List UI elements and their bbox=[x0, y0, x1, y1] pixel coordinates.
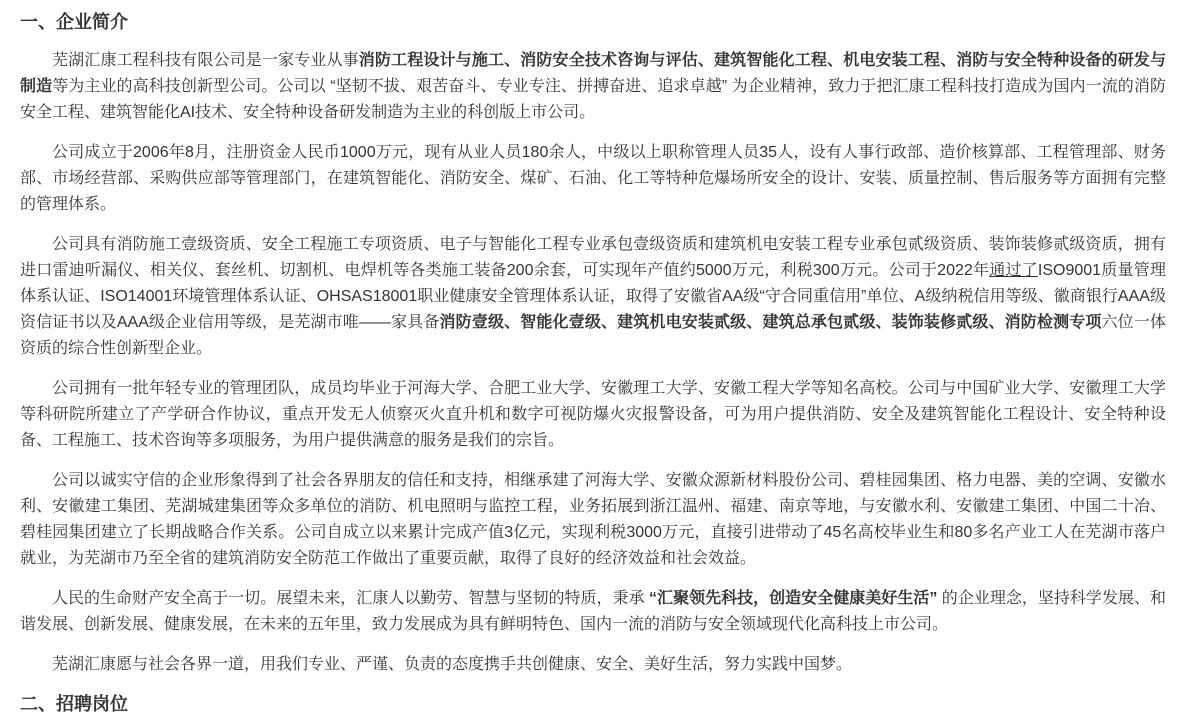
bold-text-run: “汇聚领先科技，创造安全健康美好生活” bbox=[649, 590, 937, 607]
document-body: 一、企业简介 芜湖汇康工程科技有限公司是一家专业从事消防工程设计与施工、消防安全… bbox=[0, 0, 1187, 716]
text-run: 人民的生命财产安全高于一切。展望未来，汇康人以勤劳、智慧与坚韧的特质，秉承 bbox=[52, 590, 649, 607]
bold-text-run: 消防壹级、智能化壹级、建筑机电安装贰级、建筑总承包贰级、装饰装修贰级、消防检测专… bbox=[440, 314, 1102, 331]
paragraph: 公司以诚实守信的企业形象得到了社会各界朋友的信任和支持，相继承建了河海大学、安徽… bbox=[20, 468, 1166, 572]
paragraph: 芜湖汇康愿与社会各界一道，用我们专业、严谨、负责的态度携手共创健康、安全、美好生… bbox=[20, 652, 1166, 678]
paragraph: 人民的生命财产安全高于一切。展望未来，汇康人以勤劳、智慧与坚韧的特质，秉承 “汇… bbox=[20, 586, 1166, 638]
paragraph: 公司成立于2006年8月，注册资金人民币1000万元，现有从业人员180余人，中… bbox=[20, 140, 1166, 218]
section-heading-company-intro: 一、企业简介 bbox=[20, 10, 1166, 34]
text-run: 芜湖汇康愿与社会各界一道，用我们专业、严谨、负责的态度携手共创健康、安全、美好生… bbox=[52, 656, 852, 673]
text-run: 芜湖汇康工程科技有限公司是一家专业从事 bbox=[52, 52, 359, 69]
text-run: 等为主业的高科技创新型公司。公司以 “坚韧不拔、艰苦奋斗、专业专注、拼搏奋进、追… bbox=[20, 78, 1166, 121]
paragraph: 公司具有消防施工壹级资质、安全工程施工专项资质、电子与智能化工程专业承包壹级资质… bbox=[20, 232, 1166, 362]
section-company-intro-content: 芜湖汇康工程科技有限公司是一家专业从事消防工程设计与施工、消防安全技术咨询与评估… bbox=[20, 48, 1166, 678]
paragraph: 芜湖汇康工程科技有限公司是一家专业从事消防工程设计与施工、消防安全技术咨询与评估… bbox=[20, 48, 1166, 126]
underlined-text-run: 通过了 bbox=[989, 262, 1038, 279]
section-heading-job-positions: 二、招聘岗位 bbox=[20, 692, 1166, 716]
text-run: 公司以诚实守信的企业形象得到了社会各界朋友的信任和支持，相继承建了河海大学、安徽… bbox=[20, 472, 1166, 567]
text-run: 公司拥有一批年轻专业的管理团队，成员均毕业于河海大学、合肥工业大学、安徽理工大学… bbox=[20, 380, 1166, 449]
paragraph: 公司拥有一批年轻专业的管理团队，成员均毕业于河海大学、合肥工业大学、安徽理工大学… bbox=[20, 376, 1166, 454]
text-run: 公司成立于2006年8月，注册资金人民币1000万元，现有从业人员180余人，中… bbox=[20, 144, 1166, 213]
